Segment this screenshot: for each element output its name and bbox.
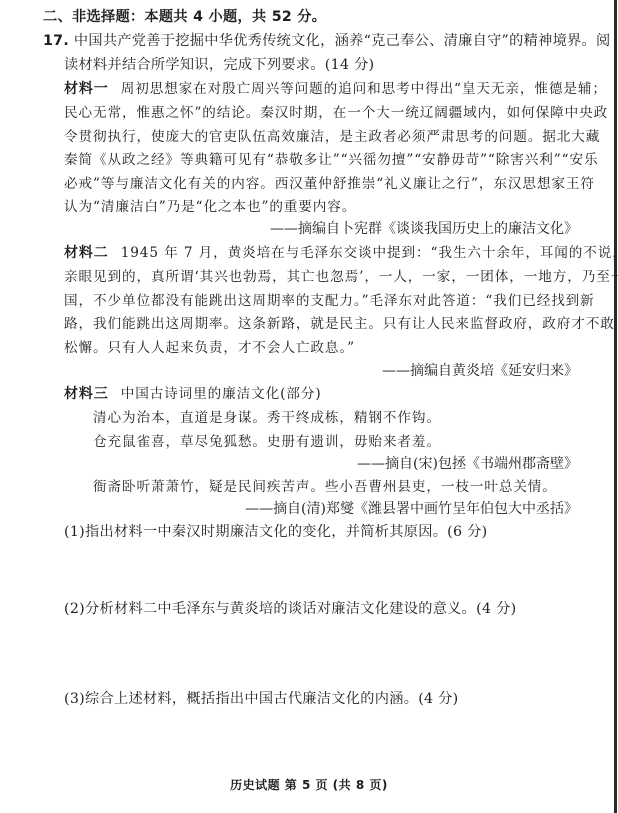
material1-line-6: 认为“清廉洁白”乃是“化之本也”的重要内容。	[64, 197, 356, 217]
poem2-source: ——摘自(清)郑燮《潍县署中画竹呈年伯包大中丞括》	[245, 499, 578, 519]
page-footer: 历史试题 第 5 页 (共 8 页)	[0, 776, 618, 793]
question-stem-line-2: 读材料并结合所学知识，完成下列要求。(14 分)	[64, 55, 374, 75]
material2-line-5: 松懈。只有人人起来负责，才不会人亡政息。”	[64, 338, 355, 358]
material1-line-3: 令贯彻执行，使庞大的官吏队伍高效廉洁，是主政者必须严肃思考的问题。据北大藏	[64, 127, 600, 147]
material2-line-1: 材料二1945 年 7 月，黄炎培在与毛泽东交谈中提到：“我生六十余年，耳闻的不…	[64, 243, 618, 263]
section-header: 二、非选择题：本题共 4 小题，共 52 分。	[43, 7, 326, 27]
poem2-line: 衙斋卧听萧萧竹，疑是民间疾苦声。些小吾曹州县吏，一枝一叶总关情。	[93, 477, 557, 497]
question-number: 17.	[43, 33, 69, 49]
question-stem-line-1: 17. 中国共产党善于挖掘中华优秀传统文化，涵养“克己奉公、清廉自守”的精神境界…	[43, 31, 611, 51]
material3-label: 材料三	[64, 386, 109, 402]
question-stem-text-1: 中国共产党善于挖掘中华优秀传统文化，涵养“克己奉公、清廉自守”的精神境界。阅	[74, 33, 611, 49]
subquestion-3: (3)综合上述材料，概括指出中国古代廉洁文化的内涵。(4 分)	[64, 689, 459, 709]
material1-line-2: 民心无常，惟惠之怀”的结论。秦汉时期，在一个大一统辽阔疆域内，如何保障中央政	[64, 103, 608, 123]
subquestion-2: (2)分析材料二中毛泽东与黄炎培的谈话对廉洁文化建设的意义。(4 分)	[64, 599, 516, 619]
material2-label: 材料二	[64, 245, 109, 261]
material2-line-4: 路，我们能跳出这周期率。这条新路，就是民主。只有让人民来监督政府，政府才不敢	[64, 314, 615, 334]
poem1-line-1: 清心为治本，直道是身谋。秀干终成栋，精钢不作钩。	[93, 408, 441, 428]
poem1-line-2: 仓充鼠雀喜，草尽兔狐愁。史册有遗训，毋贻来者羞。	[93, 432, 441, 452]
poem1-source: ——摘自(宋)包拯《书端州郡斋壁》	[357, 454, 578, 474]
material1-line-5: 必戒”等与廉洁文化有关的内容。西汉董仲舒推崇“礼义廉让之行”，东汉思想家王符	[64, 174, 595, 194]
material2-line-3: 国，不少单位都没有能跳出这周期率的支配力。”毛泽东对此答道：“我们已经找到新	[64, 291, 595, 311]
material3-title: 中国古诗词里的廉洁文化(部分)	[121, 386, 322, 402]
material2-line-2: 亲眼见到的，真所谓‘其兴也勃焉，其亡也忽焉’，一人，一家，一团体，一地方，乃至一	[64, 267, 618, 287]
material3-line-title: 材料三中国古诗词里的廉洁文化(部分)	[64, 384, 322, 404]
material2-text: 1945 年 7 月，黄炎培在与毛泽东交谈中提到：“我生六十余年，耳闻的不说，所	[121, 245, 618, 261]
material1-source: ——摘编自卜宪群《谈谈我国历史上的廉洁文化》	[270, 219, 578, 239]
material1-line-4: 秦简《从政之经》等典籍可见有“恭敬多让”“兴徭勿擅”“安静毋苛”“除害兴利”“安…	[64, 150, 598, 170]
material2-source: ——摘编自黄炎培《延安归来》	[382, 361, 578, 381]
material1-line-1: 材料一周初思想家在对殷亡周兴等问题的追问和思考中得出“皇天无亲，惟德是辅；	[64, 79, 607, 99]
material1-text: 周初思想家在对殷亡周兴等问题的追问和思考中得出“皇天无亲，惟德是辅；	[121, 81, 607, 97]
subquestion-1: (1)指出材料一中秦汉时期廉洁文化的变化，并简析其原因。(6 分)	[64, 522, 487, 542]
page-edge-rule	[614, 0, 617, 813]
material1-label: 材料一	[64, 81, 109, 97]
